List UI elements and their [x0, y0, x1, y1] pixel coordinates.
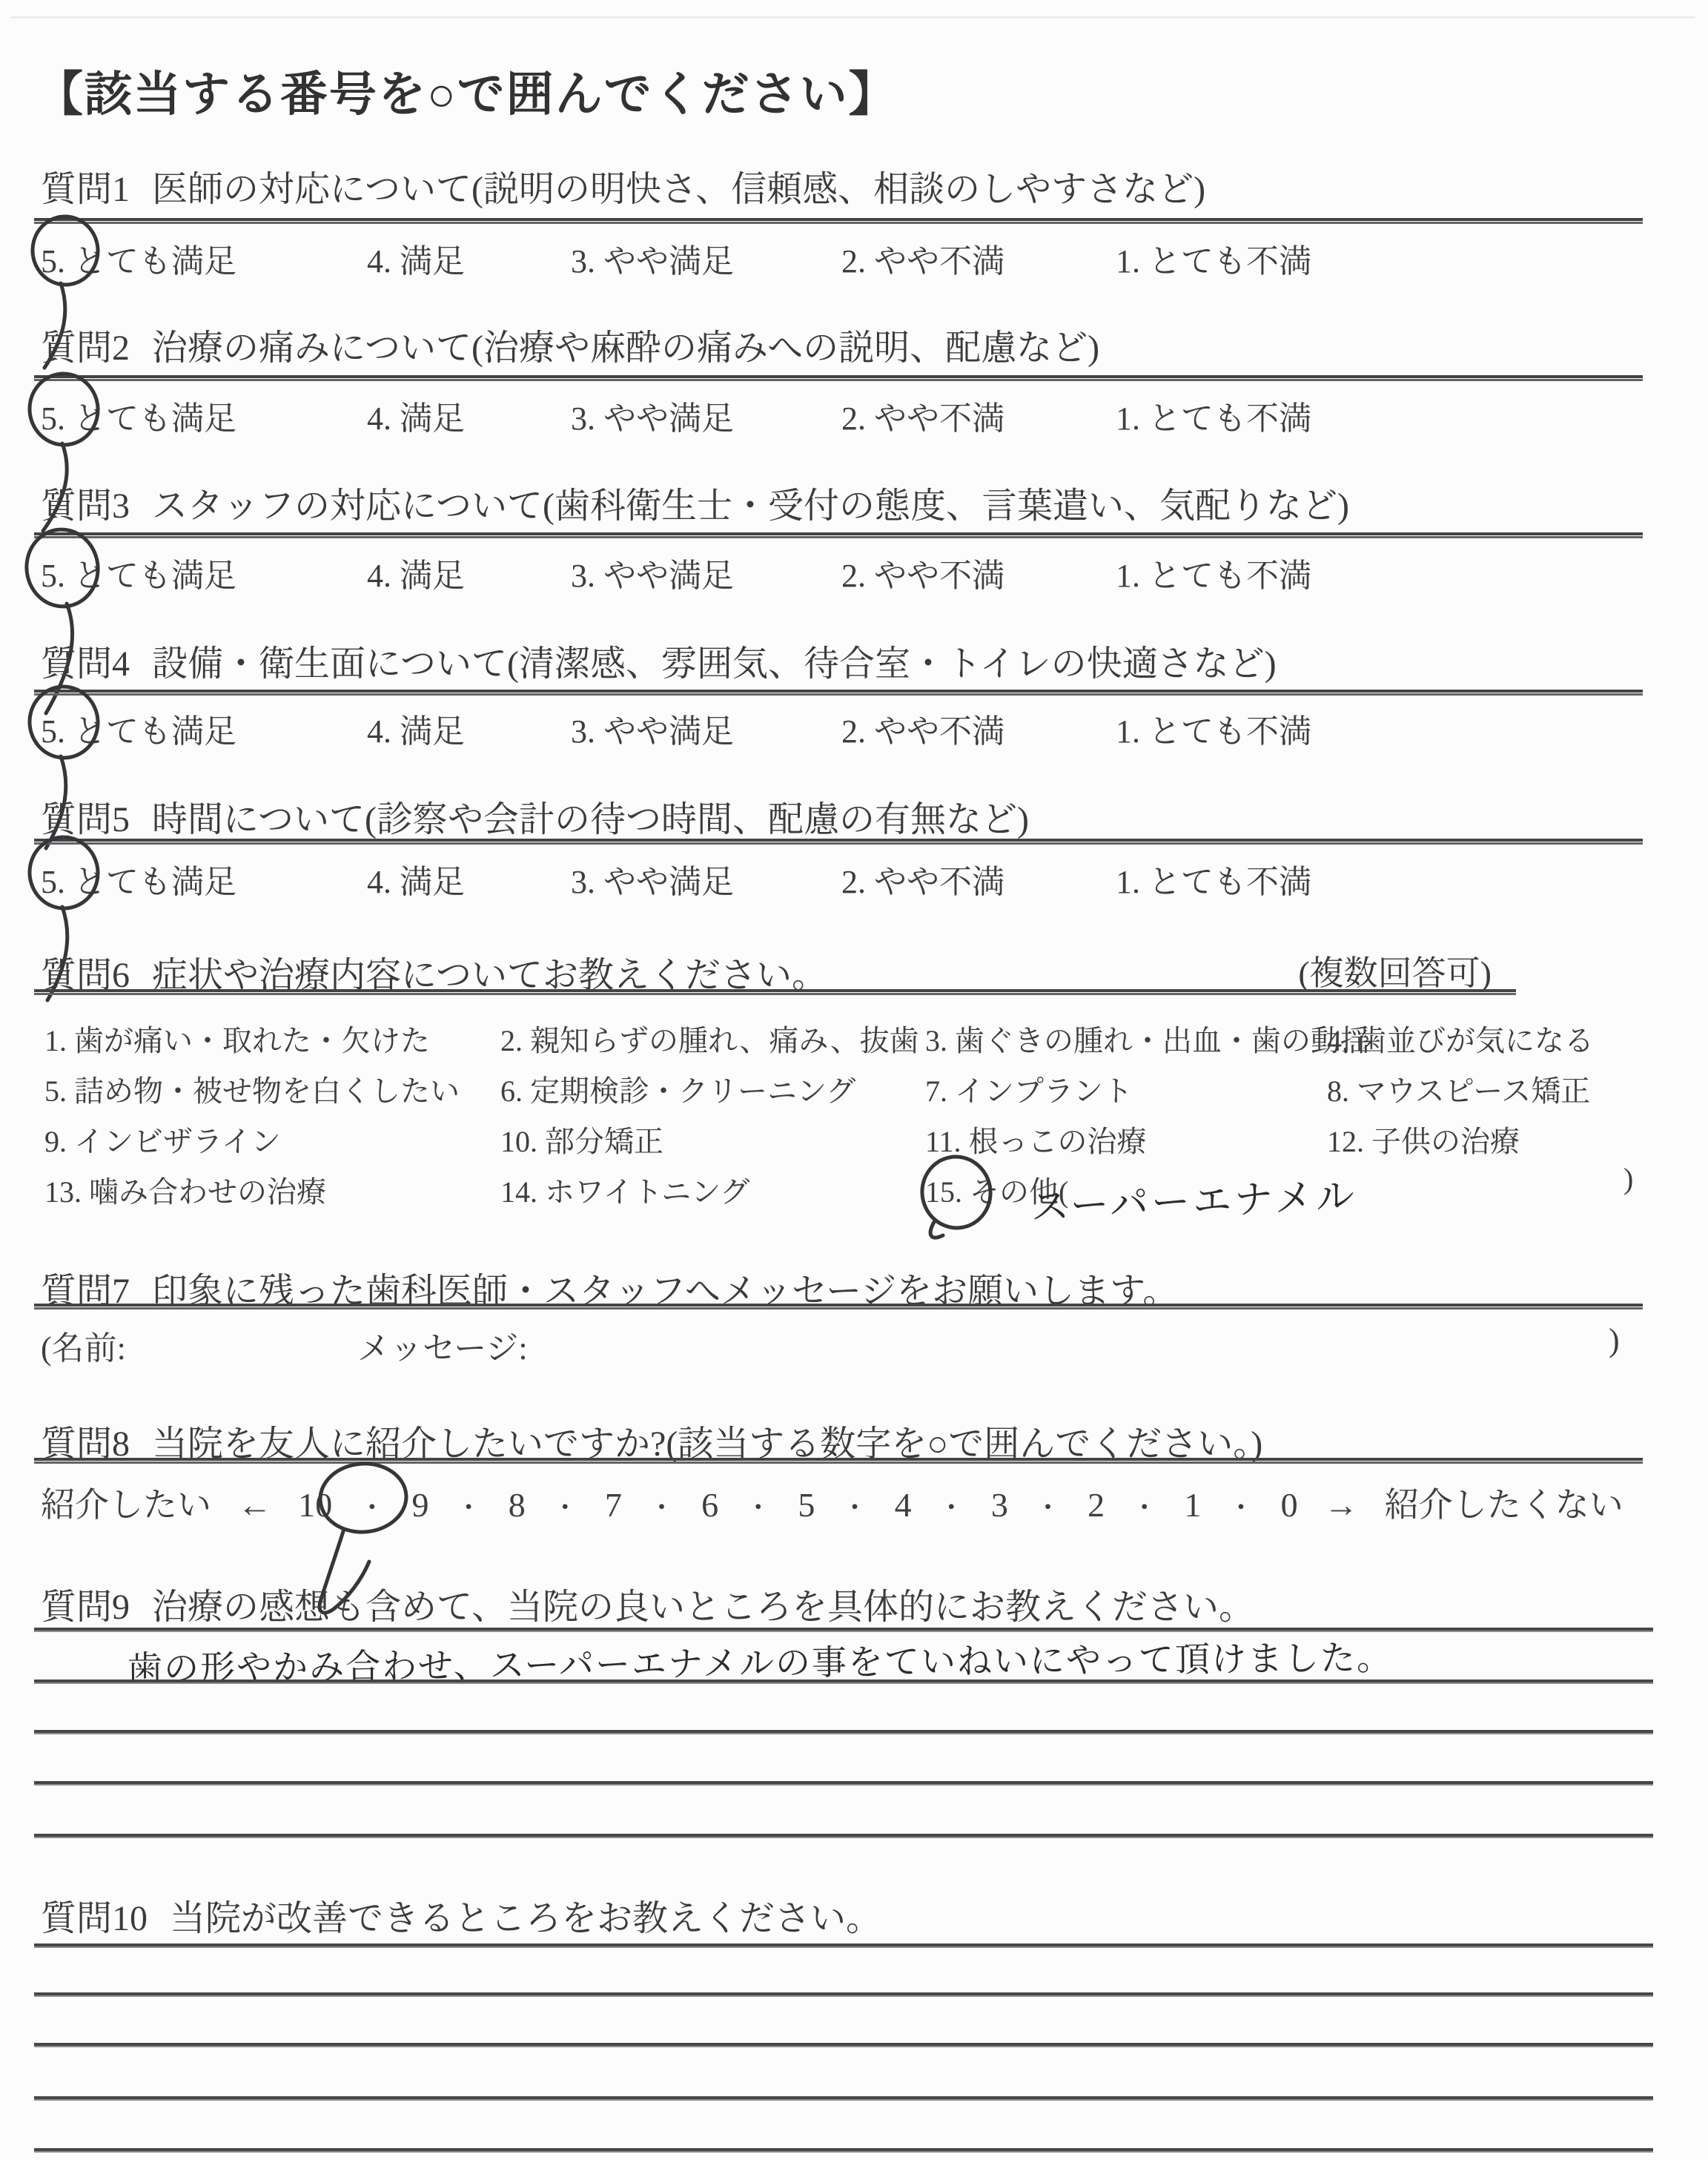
q8-number-5: 5 [798, 1485, 815, 1525]
question-2-rule [34, 375, 1643, 381]
q6-option-2: 2. 親知らずの腫れ、痛み、抜歯 [500, 1017, 919, 1060]
dot-separator: ・ [1228, 1487, 1254, 1525]
question-2-heading: 質問2治療の痛みについて(治療や麻酔の痛みへの説明、配慮など) [41, 319, 1099, 370]
q10-answer-line [34, 2096, 1653, 2101]
survey-sheet: 【該当する番号を○で囲んでください】 質問1医師の対応について(説明の明快さ、信… [0, 0, 1708, 2160]
q8-number-4: 4 [895, 1485, 912, 1525]
question-7-rule [34, 1304, 1643, 1309]
q8-number-1: 1 [1184, 1485, 1201, 1525]
q7-message-label: メッセージ: [357, 1321, 528, 1369]
q6-option-1: 1. 歯が痛い・取れた・欠けた [44, 1017, 430, 1060]
q10-answer-line [34, 2148, 1653, 2153]
question-1-heading: 質問1医師の対応について(説明の明快さ、信頼感、相談のしやすさなど) [41, 160, 1205, 211]
question-3-desc: スタッフの対応について(歯科衛生士・受付の態度、言葉遣い、気配りなど) [152, 486, 1349, 526]
q10-answer-line [34, 1992, 1653, 1997]
question-6-note: (複数回答可) [1298, 946, 1492, 995]
q6-option-13: 13. 噛み合わせの治療 [44, 1169, 326, 1211]
q8-number-8: 8 [509, 1485, 526, 1525]
q9-answer-line [34, 1834, 1653, 1838]
question-3-label: 質問3 [41, 486, 130, 526]
question-4-heading: 質問4設備・衛生面について(清潔感、雰囲気、待合室・トイレの快適さなど) [41, 635, 1277, 686]
rating-option: 3. やや満足 [571, 704, 734, 752]
q6-option-4: 4. 歯並びが気になる [1327, 1017, 1594, 1060]
question-1-desc: 医師の対応について(説明の明快さ、信頼感、相談のしやすさなど) [152, 170, 1205, 209]
q8-number-0: 0 [1281, 1485, 1298, 1525]
rating-option: 4. 満足 [367, 392, 465, 439]
rating-option: 4. 満足 [367, 855, 465, 902]
question-10-label: 質問10 [41, 1899, 148, 1938]
question-1-options: 5. とても満足 4. 満足 3. やや満足 2. やや不満 1. とても不満 [0, 234, 1708, 282]
q9-answer-line [34, 1680, 1653, 1684]
q6-option-5: 5. 詰め物・被せ物を白くしたい [44, 1068, 460, 1110]
q6-close-paren: ) [1623, 1161, 1633, 1196]
q7-close-paren: ) [1609, 1321, 1620, 1359]
dot-separator: ・ [455, 1487, 482, 1525]
q6-option-11: 11. 根っこの治療 [925, 1118, 1147, 1160]
question-5-label: 質問5 [41, 800, 130, 839]
q6-option-7: 7. インプラント [925, 1068, 1133, 1110]
question-5-rule [34, 839, 1643, 845]
rating-option: 4. 満足 [367, 549, 465, 596]
question-4-label: 質問4 [41, 644, 130, 684]
q8-number-7: 7 [605, 1485, 622, 1525]
q8-number-10: 10 [298, 1485, 332, 1525]
rating-option: 1. とても不満 [1116, 855, 1311, 902]
q9-answer-line [34, 1628, 1653, 1632]
question-10-desc: 当院が改善できるところをお教えください。 [170, 1899, 881, 1938]
page-title: 【該当する番号を○で囲んでください】 [36, 56, 898, 125]
dot-separator: ・ [938, 1487, 964, 1525]
rating-option: 1. とても不満 [1116, 234, 1311, 282]
question-9-heading: 質問9治療の感想も含めて、当院の良いところを具体的にお教えください。 [41, 1578, 1254, 1629]
q8-number-9: 9 [411, 1485, 428, 1525]
rating-option: 4. 満足 [367, 704, 465, 752]
right-arrow-icon: → [1324, 1485, 1358, 1525]
question-1-label: 質問1 [41, 170, 130, 209]
question-3-rule [34, 532, 1643, 538]
rating-option: 5. とても満足 [41, 392, 236, 439]
q10-answer-line [34, 2043, 1653, 2047]
rating-option: 5. とても満足 [41, 549, 236, 596]
rating-option: 3. やや満足 [571, 392, 734, 439]
q6-other-handwritten-answer: スーパーエナメル [1030, 1164, 1358, 1231]
rating-option: 2. やや不満 [841, 549, 1004, 596]
question-2-options: 5. とても満足 4. 満足 3. やや満足 2. やや不満 1. とても不満 [0, 392, 1708, 439]
rating-option: 5. とても満足 [41, 855, 236, 902]
question-10-heading: 質問10当院が改善できるところをお教えください。 [41, 1889, 881, 1941]
q6-option-6: 6. 定期検診・クリーニング [500, 1068, 855, 1110]
q8-left-label: 紹介したい [41, 1478, 211, 1527]
dot-separator: ・ [552, 1487, 578, 1525]
q6-option-8: 8. マウスピース矯正 [1327, 1068, 1590, 1110]
question-2-desc: 治療の痛みについて(治療や麻酔の痛みへの説明、配慮など) [152, 328, 1099, 368]
q8-recommend-scale: 紹介したい ← 10 ・ 9 ・ 8 ・ 7 ・ 6 ・ 5 ・ 4 ・ 3 ・… [41, 1478, 1623, 1527]
question-4-options: 5. とても満足 4. 満足 3. やや満足 2. やや不満 1. とても不満 [0, 704, 1708, 752]
rating-option: 2. やや不満 [841, 234, 1004, 282]
scan-artifact-line [10, 16, 1695, 19]
q6-option-10: 10. 部分矯正 [500, 1118, 663, 1160]
q9-answer-line [34, 1730, 1653, 1734]
dot-separator: ・ [649, 1487, 675, 1525]
q8-number-6: 6 [701, 1485, 718, 1525]
dot-separator: ・ [745, 1487, 772, 1525]
rating-option: 3. やや満足 [571, 855, 734, 902]
question-6-rule [34, 989, 1516, 995]
question-5-heading: 質問5時間について(診察や会計の待つ時間、配慮の有無など) [41, 790, 1029, 842]
rating-option: 1. とても不満 [1116, 392, 1311, 439]
question-8-rule [34, 1458, 1643, 1464]
q8-right-label: 紹介したくない [1385, 1478, 1623, 1527]
rating-option: 5. とても満足 [41, 704, 236, 752]
rating-option: 1. とても不満 [1116, 549, 1311, 596]
rating-option: 5. とても満足 [41, 234, 236, 282]
q9-answer-line [34, 1781, 1653, 1786]
question-1-rule [34, 218, 1643, 224]
question-9-label: 質問9 [41, 1588, 130, 1627]
q6-option-9: 9. インビザライン [44, 1118, 281, 1160]
dot-separator: ・ [1131, 1487, 1158, 1525]
q8-number-2: 2 [1088, 1485, 1105, 1525]
dot-separator: ・ [841, 1487, 868, 1525]
rating-option: 2. やや不満 [841, 704, 1004, 752]
question-3-options: 5. とても満足 4. 満足 3. やや満足 2. やや不満 1. とても不満 [0, 549, 1708, 596]
question-5-options: 5. とても満足 4. 満足 3. やや満足 2. やや不満 1. とても不満 [0, 855, 1708, 902]
question-4-desc: 設備・衛生面について(清潔感、雰囲気、待合室・トイレの快適さなど) [152, 644, 1277, 684]
rating-option: 1. とても不満 [1116, 704, 1311, 752]
question-4-rule [34, 690, 1643, 696]
q7-name-label: (名前: [41, 1321, 126, 1369]
rating-option: 4. 満足 [367, 234, 465, 282]
question-2-label: 質問2 [41, 328, 130, 368]
question-9-desc: 治療の感想も含めて、当院の良いところを具体的にお教えください。 [152, 1588, 1254, 1627]
q6-option-14: 14. ホワイトニング [500, 1169, 749, 1211]
q6-option-12: 12. 子供の治療 [1327, 1118, 1520, 1160]
q10-answer-line [34, 1943, 1653, 1948]
rating-option: 3. やや満足 [571, 234, 734, 282]
question-5-desc: 時間について(診察や会計の待つ時間、配慮の有無など) [152, 800, 1029, 839]
q6-option-3: 3. 歯ぐきの腫れ・出血・歯の動揺 [925, 1017, 1370, 1060]
rating-option: 2. やや不満 [841, 392, 1004, 439]
dot-separator: ・ [359, 1487, 385, 1525]
rating-option: 2. やや不満 [841, 855, 1004, 902]
dot-separator: ・ [1034, 1487, 1061, 1525]
left-arrow-icon: ← [238, 1485, 272, 1525]
rating-option: 3. やや満足 [571, 549, 734, 596]
q8-number-3: 3 [991, 1485, 1008, 1525]
question-3-heading: 質問3スタッフの対応について(歯科衛生士・受付の態度、言葉遣い、気配りなど) [41, 477, 1349, 528]
